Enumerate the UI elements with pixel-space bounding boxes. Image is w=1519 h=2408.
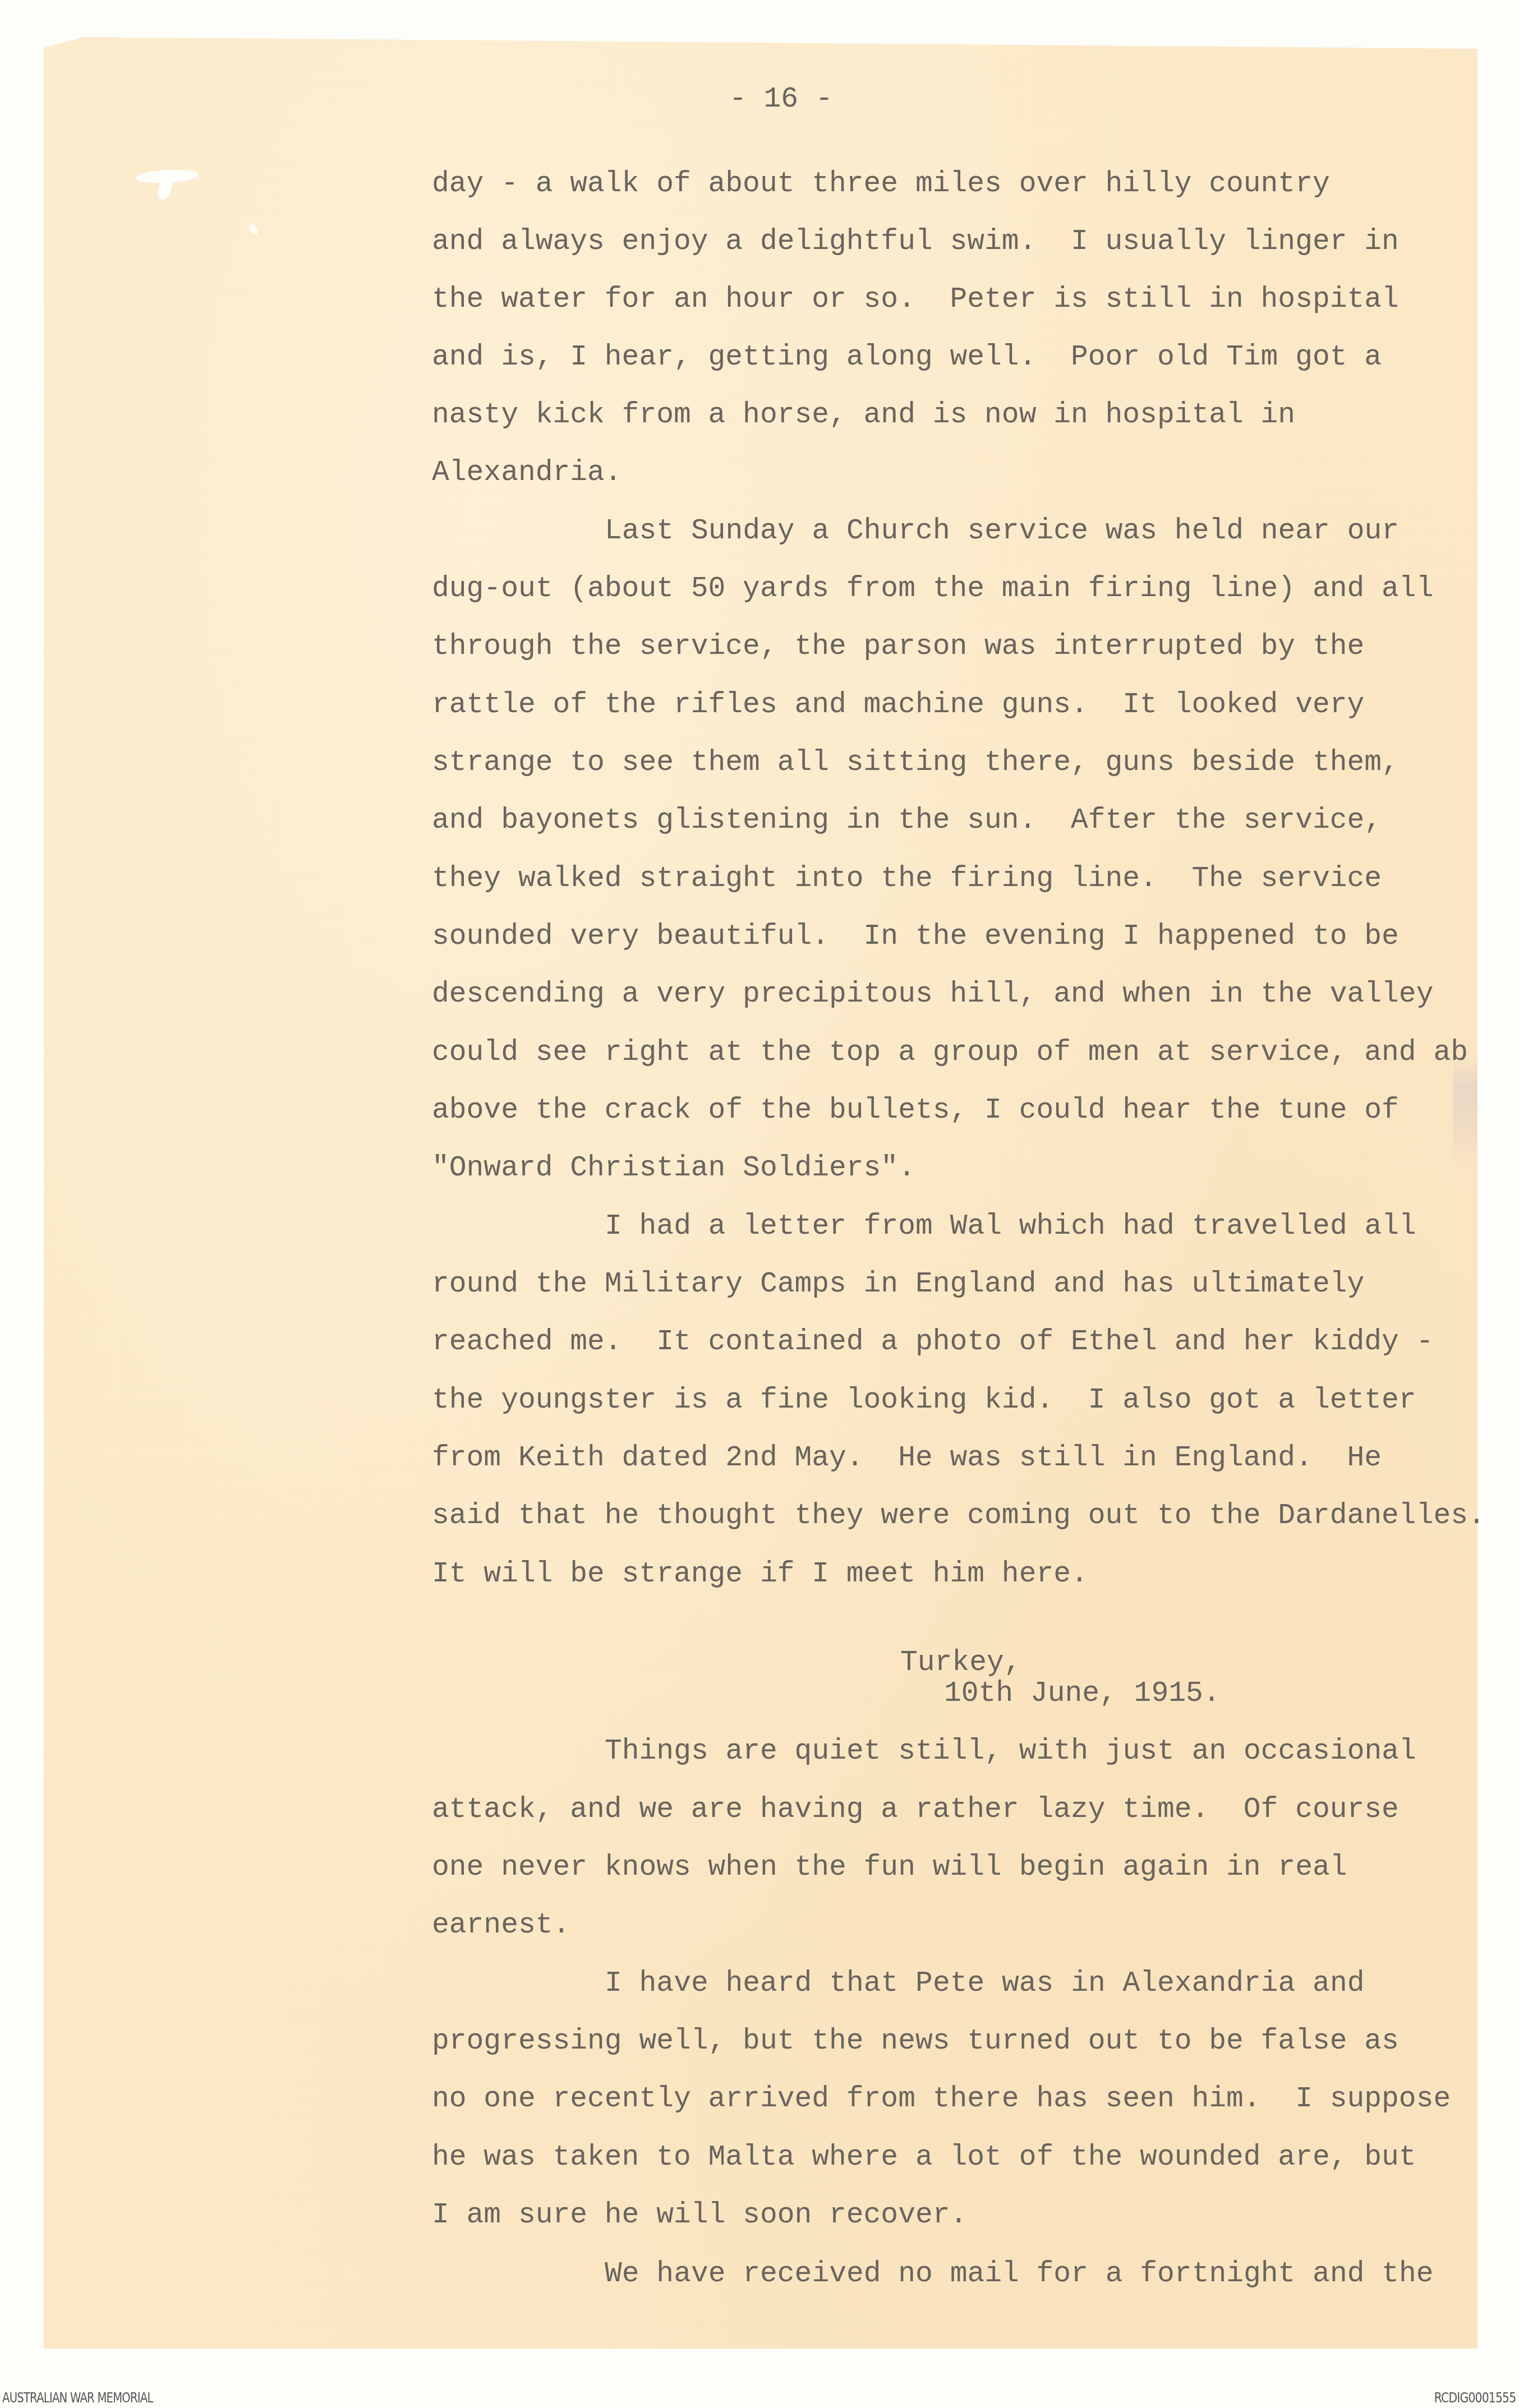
- text-line: rattle of the rifles and machine guns. I…: [432, 691, 1364, 719]
- document-page: [44, 37, 1477, 2349]
- text-line: the youngster is a fine looking kid. I a…: [432, 1386, 1416, 1415]
- text-line: nasty kick from a horse, and is now in h…: [432, 401, 1295, 430]
- text-line: earnest.: [432, 1911, 570, 1940]
- text-line: 10th June, 1915.: [944, 1680, 1221, 1708]
- text-line: reached me. It contained a photo of Ethe…: [432, 1328, 1433, 1357]
- text-line: day - a walk of about three miles over h…: [432, 170, 1330, 199]
- text-line: We have received no mail for a fortnight…: [605, 2260, 1434, 2289]
- text-line: Alexandria.: [432, 459, 622, 487]
- item-id-label: RCDIG0001555: [1434, 2390, 1516, 2406]
- text-line: progressing well, but the news turned ou…: [432, 2027, 1399, 2056]
- text-line: they walked straight into the firing lin…: [432, 865, 1382, 893]
- text-line: one never knows when the fun will begin …: [432, 1853, 1347, 1882]
- text-line: I have heard that Pete was in Alexandria…: [605, 1969, 1364, 1998]
- text-line: round the Military Camps in England and …: [432, 1270, 1364, 1299]
- edge-smudge: [1453, 1054, 1477, 1166]
- institution-label: AUSTRALIAN WAR MEMORIAL: [2, 2390, 153, 2406]
- text-line: through the service, the parson was inte…: [432, 633, 1364, 661]
- text-line: said that he thought they were coming ou…: [432, 1502, 1485, 1530]
- text-line: I had a letter from Wal which had travel…: [605, 1212, 1416, 1241]
- paper-damage-hole: [247, 223, 260, 236]
- text-line: I am sure he will soon recover.: [432, 2201, 967, 2230]
- text-line: and always enjoy a delightful swim. I us…: [432, 228, 1399, 256]
- text-line: and is, I hear, getting along well. Poor…: [432, 343, 1382, 372]
- text-line: Last Sunday a Church service was held ne…: [605, 517, 1399, 546]
- text-line: It will be strange if I meet him here.: [432, 1560, 1088, 1589]
- text-line: no one recently arrived from there has s…: [432, 2085, 1451, 2114]
- text-line: could see right at the top a group of me…: [432, 1039, 1468, 1067]
- text-line: attack, and we are having a rather lazy …: [432, 1796, 1399, 1824]
- text-line: Things are quiet still, with just an occ…: [605, 1737, 1416, 1766]
- text-line: the water for an hour or so. Peter is st…: [432, 285, 1399, 314]
- text-line: and bayonets glistening in the sun. Afte…: [432, 806, 1382, 835]
- text-line: he was taken to Malta where a lot of the…: [432, 2143, 1416, 2172]
- text-line: above the crack of the bullets, I could …: [432, 1096, 1399, 1125]
- text-line: from Keith dated 2nd May. He was still i…: [432, 1444, 1382, 1473]
- text-line: "Onward Christian Soldiers".: [432, 1154, 915, 1183]
- text-line: strange to see them all sitting there, g…: [432, 749, 1399, 777]
- text-line: Turkey,: [900, 1649, 1021, 1677]
- page-number: - 16 -: [729, 85, 833, 114]
- text-line: dug-out (about 50 yards from the main fi…: [432, 575, 1433, 603]
- text-line: sounded very beautiful. In the evening I…: [432, 922, 1399, 951]
- text-line: descending a very precipitous hill, and …: [432, 980, 1433, 1009]
